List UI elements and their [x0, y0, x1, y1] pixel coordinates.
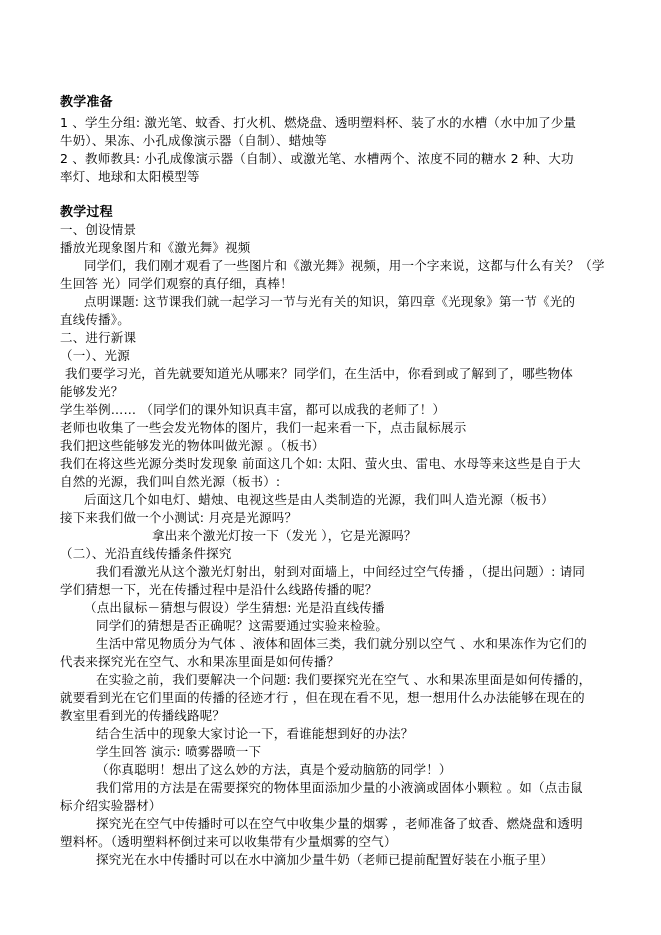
paragraph-line: 接下来我们做一个小测试: 月亮是光源吗？: [60, 509, 605, 527]
paragraph-line: 同学们，我们刚才观看了一些图片和《激光舞》视频，用一个字来说，这都与什么有关？（…: [84, 257, 629, 275]
paragraph-line: 我们常用的方法是在需要探究的物体里面添加少量的小液滴或固体小颗粒 。如（点击鼠: [96, 779, 641, 797]
subheading: 二、进行新课: [60, 329, 605, 347]
paragraph-line: 牛奶）、果冻、小孔成像演示器（自制）、蜡烛等: [60, 132, 605, 150]
paragraph-line: 生回答 光）同学们观察的真仔细，真棒！: [60, 275, 605, 293]
section-heading-process: 教学过程: [60, 204, 605, 222]
paragraph-line: 代表来探究光在空气、水和果冻里面是如何传播？: [60, 653, 605, 671]
paragraph-line: 结合生活中的现象大家讨论一下，看谁能想到好的办法？: [96, 725, 641, 743]
subheading: （二）、光沿直线传播条件探究: [60, 545, 605, 563]
section-heading-preparation: 教学准备: [60, 94, 605, 112]
paragraph-line: 率灯、地球和太阳模型等: [60, 168, 605, 186]
paragraph-line: 我们看激光从这个激光灯射出，射到对面墙上，中间经过空气传播 ，（提出问题）: 请…: [96, 563, 641, 581]
paragraph-line: 同学们的猜想是否正确呢？这需要通过实验来检验。: [96, 617, 641, 635]
paragraph-line: 学们猜想一下，光在传播过程中是沿什么线路传播的呢？: [60, 581, 605, 599]
paragraph-line: 学生举例…… （同学们的课外知识真丰富，都可以成我的老师了！）: [60, 401, 605, 419]
paragraph-line: （点出鼠标－猜想与假设）学生猜想: 光是沿直线传播: [84, 599, 629, 617]
paragraph-line: 点明课题: 这节课我们就一起学习一节与光有关的知识，第四章《光现象》第一节《光的: [84, 293, 629, 311]
paragraph-line: （你真聪明！想出了这么妙的方法，真是个爱动脑筋的同学！）: [96, 761, 641, 779]
paragraph-line: 拿出来个激光灯按一下（发光 ），它是光源吗？: [152, 527, 661, 545]
paragraph-line: 直线传播》。: [60, 311, 605, 329]
paragraph-line: 在实验之前，我们要解决一个问题: 我们要探究光在空气 、水和果冻里面是如何传播的…: [96, 671, 641, 689]
subheading: （一）、光源: [60, 347, 605, 365]
paragraph-line: 就要看到光在它们里面的传播的径迹才行 ，但在现在看不见，想一想用什么办法能够在现…: [60, 689, 605, 707]
paragraph-line: 1 、学生分组: 激光笔、蚊香、打火机、燃烧盘、透明塑料杯、装了水的水槽（水中加…: [60, 114, 605, 132]
paragraph-line: 标介绍实验器材）: [60, 797, 605, 815]
paragraph-line: 教室里看到光的传播线路呢？: [60, 707, 605, 725]
paragraph-line: 我们在将这些光源分类时发现象 前面这几个如: 太阳、萤火虫、雷电、水母等来这些是…: [60, 455, 605, 473]
document-page: 教学准备 1 、学生分组: 激光笔、蚊香、打火机、燃烧盘、透明塑料杯、装了水的水…: [0, 0, 661, 935]
paragraph-line: 探究光在水中传播时可以在水中滴加少量牛奶（老师已提前配置好装在小瓶子里）: [96, 851, 641, 869]
paragraph-line: 老师也收集了一些会发光物体的图片，我们一起来看一下，点击鼠标展示: [60, 419, 605, 437]
paragraph-line: 我们要学习光，首先就要知道光从哪来？同学们，在生活中，你看到或了解到了，哪些物体: [65, 365, 610, 383]
paragraph-line: 播放光现象图片和《激光舞》视频: [60, 239, 605, 257]
paragraph-line: 我们把这些能够发光的物体叫做光源 。（板书）: [60, 437, 605, 455]
paragraph-line: 后面这几个如电灯、蜡烛、电视这些是由人类制造的光源，我们叫人造光源（板书）: [84, 491, 629, 509]
subheading: 一、创设情景: [60, 221, 605, 239]
paragraph-line: 2 、教师教具: 小孔成像演示器（自制）、或激光笔、水槽两个、浓度不同的糖水 2…: [60, 150, 605, 168]
paragraph-line: 探究光在空气中传播时可以在空气中收集少量的烟雾 ，老师准备了蚊香、燃烧盘和透明: [96, 815, 641, 833]
paragraph-line: 学生回答 演示: 喷雾器喷一下: [96, 743, 641, 761]
paragraph-line: 塑料杯。（透明塑料杯倒过来可以收集带有少量烟雾的空气）: [60, 833, 605, 851]
paragraph-line: 自然的光源，我们叫自然光源（板书）:: [60, 473, 605, 491]
paragraph-line: 生活中常见物质分为气体 、液体和固体三类，我们就分别以空气 、水和果冻作为它们的: [96, 635, 641, 653]
paragraph-line: 能够发光？: [60, 383, 605, 401]
